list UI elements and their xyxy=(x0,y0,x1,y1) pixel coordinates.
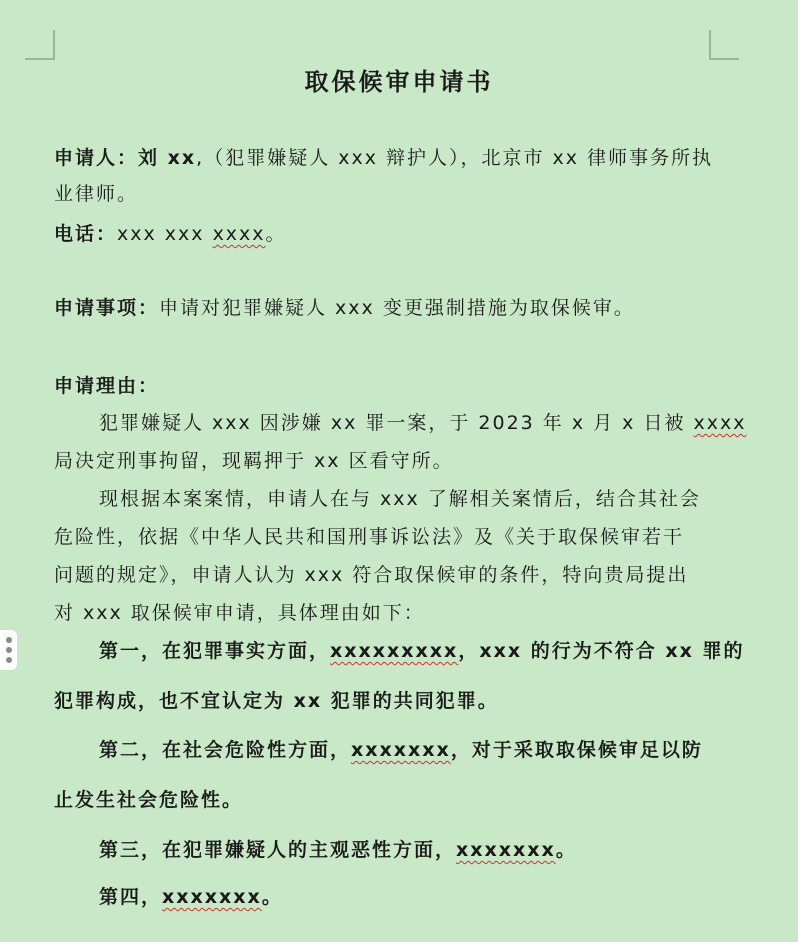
reasons-para2-line2: 危险性，依据《中华人民共和国刑事诉讼法》及《关于取保候审若干 xyxy=(54,525,684,549)
matter-line: 申请事项：申请对犯罪嫌疑人 xxx 变更强制措施为取保候审。 xyxy=(54,296,635,320)
point4-line1: 第四，xxxxxxx。 xyxy=(99,885,283,909)
matter-label: 申请事项： xyxy=(54,297,159,319)
para1-text: 犯罪嫌疑人 xxx 因涉嫌 xx 罪一案，于 2023 年 x 月 x 日被 xyxy=(99,412,694,434)
side-menu-handle[interactable] xyxy=(0,630,17,670)
point1-text-c: ，xxx 的行为不符合 xx 罪的 xyxy=(458,640,744,662)
phone-label: 电话： xyxy=(54,223,117,245)
reasons-para2-line4: 对 xxx 取保候审申请，具体理由如下： xyxy=(54,601,425,625)
page-corner-top-right xyxy=(709,30,739,60)
more-vertical-icon-dot xyxy=(6,657,12,663)
point1-spellcheck: xxxxxxxxx xyxy=(330,640,458,662)
applicant-label: 申请人： xyxy=(54,147,138,169)
point3-line1: 第三，在犯罪嫌疑人的主观恶性方面，xxxxxxx。 xyxy=(99,838,577,862)
reasons-label: 申请理由： xyxy=(54,374,159,398)
more-vertical-icon xyxy=(6,637,12,643)
point3-text-a: 第三，在犯罪嫌疑人的主观恶性方面， xyxy=(99,839,456,861)
point4-text-a: 第四， xyxy=(99,886,162,908)
point4-spellcheck: xxxxxxx xyxy=(162,886,262,908)
page-corner-top-left xyxy=(25,30,55,60)
phone-value-spellcheck: xxxx xyxy=(213,223,266,245)
point1-line2: 犯罪构成，也不宜认定为 xx 犯罪的共同犯罪。 xyxy=(54,689,499,713)
point1-line1: 第一，在犯罪事实方面，xxxxxxxxx，xxx 的行为不符合 xx 罪的 xyxy=(99,639,744,663)
phone-end: 。 xyxy=(266,223,287,245)
point3-text-c: 。 xyxy=(556,839,577,861)
phone-line: 电话：xxx xxx xxxx。 xyxy=(54,222,287,246)
phone-value: xxx xxx xyxy=(117,223,213,245)
point2-line1: 第二，在社会危险性方面，xxxxxxx，对于采取取保候审足以防 xyxy=(99,738,703,762)
point2-line2: 止发生社会危险性。 xyxy=(54,788,243,812)
para1-spellcheck: xxxx xyxy=(694,412,747,434)
reasons-para2-line3: 问题的规定》，申请人认为 xxx 符合取保候审的条件，特向贵局提出 xyxy=(54,563,688,587)
reasons-para2-line1: 现根据本案案情，申请人在与 xxx 了解相关案情后，结合其社会 xyxy=(99,487,701,511)
applicant-line: 申请人：刘 xx,（犯罪嫌疑人 xxx 辩护人），北京市 xx 律师事务所执 xyxy=(54,146,713,170)
point2-spellcheck: xxxxxxx xyxy=(351,739,451,761)
point2-text-c: ，对于采取取保候审足以防 xyxy=(451,739,703,761)
point3-spellcheck: xxxxxxx xyxy=(456,839,556,861)
reasons-para1-line2: 局决定刑事拘留，现羁押于 xx 区看守所。 xyxy=(54,449,454,473)
applicant-name: 刘 xx xyxy=(138,147,196,169)
point1-text-a: 第一，在犯罪事实方面， xyxy=(99,640,330,662)
matter-text: 申请对犯罪嫌疑人 xxx 变更强制措施为取保候审。 xyxy=(159,297,635,319)
reasons-para1-line1: 犯罪嫌疑人 xxx 因涉嫌 xx 罪一案，于 2023 年 x 月 x 日被 x… xyxy=(99,411,746,435)
document-title: 取保候审申请书 xyxy=(0,62,798,97)
applicant-detail: ,（犯罪嫌疑人 xxx 辩护人），北京市 xx 律师事务所执 xyxy=(196,147,713,169)
applicant-line-2: 业律师。 xyxy=(54,182,138,206)
point2-text-a: 第二，在社会危险性方面， xyxy=(99,739,351,761)
point4-text-c: 。 xyxy=(262,886,283,908)
more-vertical-icon-dot xyxy=(6,647,12,653)
